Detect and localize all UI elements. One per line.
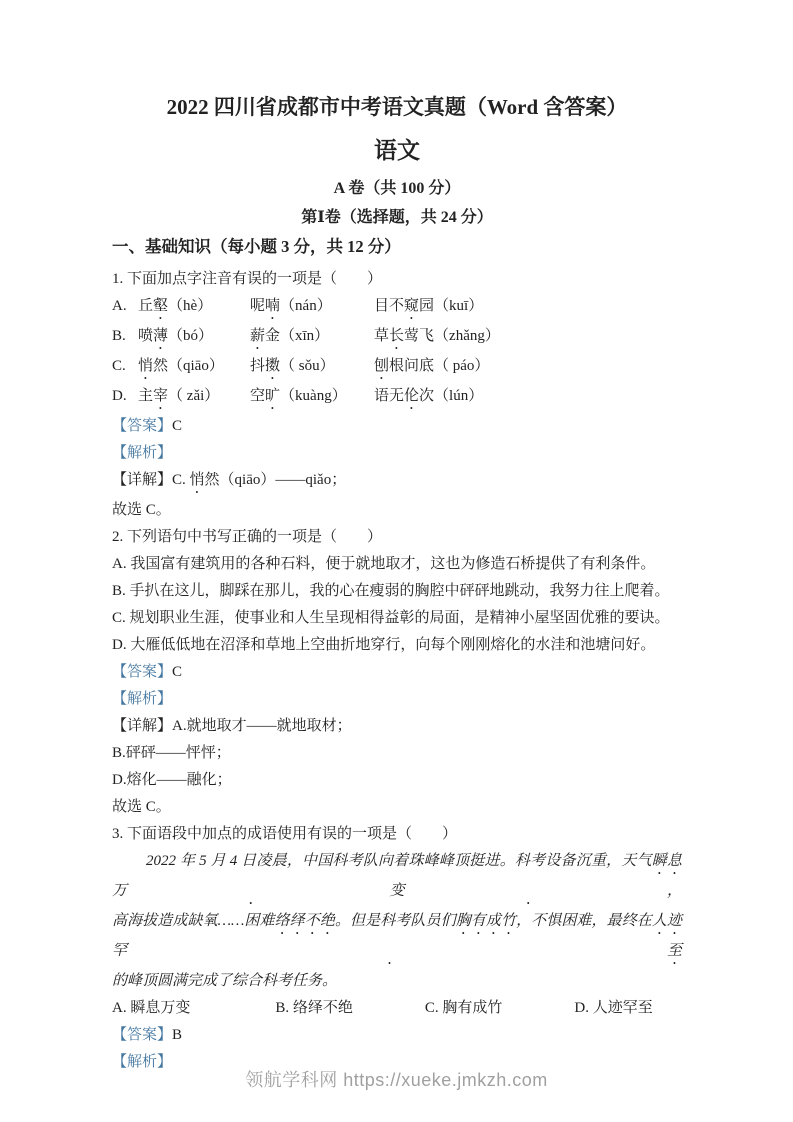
dotted-char: 窥 [404, 298, 419, 314]
answer-label: 【答案】 [112, 418, 172, 434]
analysis-label: 【解析】 [112, 691, 172, 707]
q2-option-b: B. 手扒在这儿，脚踩在那儿，我的心在瘦弱的胸腔中砰砰地跳动，我努力往上爬着。 [112, 578, 682, 605]
answer-value: B [172, 1027, 182, 1043]
passage-text: ， [667, 883, 682, 899]
answer-label: 【答案】 [112, 1027, 172, 1043]
dotted-idiom: 络绎不绝 [275, 913, 335, 929]
dotted-idiom: 胸有成竹 [456, 913, 516, 929]
q2-stem: 2. 下列语句中书写正确的一项是（ ） [112, 524, 682, 551]
detail-label: 【详解】 [112, 718, 172, 734]
q3-option-d: D. 人迹罕至 [574, 1000, 652, 1016]
word-group: 语无伦次（lún） [374, 383, 682, 413]
word-group: 草长莺飞（zhǎng） [374, 323, 682, 353]
q1-detail-line: 【详解】C. 悄然（qiāo）——qiǎo； [112, 467, 682, 497]
pinyin: （ zǎi） [168, 388, 219, 404]
passage-text: 高海拔造成缺氧……困难 [112, 913, 275, 929]
volume-i-heading: 第Ⅰ卷（选择题，共 24 分） [112, 203, 682, 232]
q1-option-a: A. 丘壑（hè） 呢喃（nán） 目不窥园（kuī） [112, 293, 682, 323]
option-label: B. [112, 323, 138, 353]
pinyin: （bó） [168, 328, 213, 344]
plain-char: 草 [374, 328, 389, 344]
detail-text: C. [172, 472, 190, 488]
q3-option-c: C. 胸有成竹 [425, 1000, 503, 1016]
option-label: D. [112, 383, 138, 413]
q2-analysis-line: 【解析】 [112, 686, 682, 713]
q3-options-row: A. 瞬息万变B. 络绎不绝C. 胸有成竹D. 人迹罕至 [112, 995, 682, 1022]
pinyin: （hè） [168, 298, 212, 314]
q1-conclusion: 故选 C。 [112, 497, 682, 524]
word-group: 主宰（ zǎi） [138, 383, 250, 413]
dotted-char: 喃 [265, 298, 280, 314]
q1-option-d: D. 主宰（ zǎi） 空旷（kuàng） 语无伦次（lún） [112, 383, 682, 413]
plain-char: 主 [138, 388, 153, 404]
subject-title: 语文 [112, 134, 682, 168]
q2-detail-line-d: D.熔化——融化； [112, 767, 682, 794]
dotted-char: 旷 [265, 388, 280, 404]
q2-option-c: C. 规划职业生涯，使事业和人生呈现相得益彰的局面，是精神小屋坚固优雅的要诀。 [112, 605, 682, 632]
pinyin: 金（xīn） [265, 328, 329, 344]
word-group: 悄然（qiāo） [138, 353, 250, 383]
q3-stem: 3. 下面语段中加点的成语使用有误的一项是（ ） [112, 821, 682, 848]
analysis-label: 【解析】 [112, 445, 172, 461]
plain-char: 丘 [138, 298, 153, 314]
q1-analysis-line: 【解析】 [112, 440, 682, 467]
q3-answer-line: 【答案】B [112, 1022, 682, 1049]
word-group: 丘壑（hè） [138, 293, 250, 323]
word-group: 薪金（xīn） [250, 323, 374, 353]
dotted-char: 薄 [153, 328, 168, 344]
pinyin: （ sǒu） [280, 358, 335, 374]
q3-passage-line-3: 的峰顶圆满完成了综合科考任务。 [112, 968, 682, 995]
volume-a-heading: A 卷（共 100 分） [112, 174, 682, 203]
word-group: 喷薄（bó） [138, 323, 250, 353]
dotted-char: 擞 [265, 358, 280, 374]
q1-option-b: B. 喷薄（bó） 薪金（xīn） 草长莺飞（zhǎng） [112, 323, 682, 353]
watermark: 领航学科网 https://xueke.jmkzh.com [0, 1066, 793, 1092]
plain-char: 语无 [374, 388, 404, 404]
plain-char: 呢 [250, 298, 265, 314]
detail-label: 【详解】 [112, 472, 172, 488]
passage-text: 。但是科考队员们 [335, 913, 456, 929]
dotted-char: 悄 [190, 472, 205, 488]
pinyin: 莺飞（zhǎng） [404, 328, 500, 344]
q2-detail-line-b: B.砰砰——怦怦； [112, 740, 682, 767]
q3-option-b: B. 络绎不绝 [275, 1000, 353, 1016]
section-1-heading: 一、基础知识（每小题 3 分，共 12 分） [112, 232, 682, 262]
word-group: 空旷（kuàng） [250, 383, 374, 413]
passage-text: ，不惧困难，最终在 [516, 913, 652, 929]
q1-option-c: C. 悄然（qiāo） 抖擞（ sǒu） 刨根问底（ páo） [112, 353, 682, 383]
plain-char: 空 [250, 388, 265, 404]
plain-char: 喷 [138, 328, 153, 344]
dotted-char: 悄 [138, 358, 153, 374]
pinyin: （kuàng） [280, 388, 347, 404]
answer-label: 【答案】 [112, 664, 172, 680]
pinyin: 然（qiāo） [153, 358, 224, 374]
dotted-char: 薪 [250, 328, 265, 344]
word-group: 抖擞（ sǒu） [250, 353, 374, 383]
pinyin: 根问底（ páo） [389, 358, 489, 374]
pinyin: 园（kuī） [419, 298, 483, 314]
plain-char: 目不 [374, 298, 404, 314]
word-group: 呢喃（nán） [250, 293, 374, 323]
q2-conclusion: 故选 C。 [112, 794, 682, 821]
option-label: A. [112, 293, 138, 323]
q2-detail-line-a: 【详解】A.就地取才——就地取材； [112, 713, 682, 740]
dotted-char: 长 [389, 328, 404, 344]
detail-text: 然（qiāo）——qiǎo； [205, 472, 347, 488]
plain-char: 抖 [250, 358, 265, 374]
pinyin: 次（lún） [419, 388, 483, 404]
q3-passage-line-2: 高海拔造成缺氧……困难络绎不绝。但是科考队员们胸有成竹，不惧困难，最终在人迹罕至 [112, 908, 682, 968]
answer-value: C [172, 418, 182, 434]
detail-text: A.就地取才——就地取材； [172, 718, 352, 734]
dotted-char: 伦 [404, 388, 419, 404]
pinyin: （nán） [280, 298, 332, 314]
word-group: 刨根问底（ páo） [374, 353, 682, 383]
q1-stem: 1. 下面加点字注音有误的一项是（ ） [112, 266, 682, 293]
dotted-char: 壑 [153, 298, 168, 314]
word-group: 目不窥园（kuī） [374, 293, 682, 323]
q3-passage-line-1: 2022 年 5 月 4 日凌晨，中国科考队向着珠峰峰顶挺进。科考设备沉重，天气… [112, 848, 682, 908]
q3-option-a: A. 瞬息万变 [112, 1000, 190, 1016]
q2-option-d: D. 大雁低低地在沼泽和草地上空曲折地穿行，向每个刚刚熔化的水洼和池塘问好。 [112, 632, 682, 659]
passage-text: 2022 年 5 月 4 日凌晨，中国科考队向着珠峰峰顶挺进。科考设备沉重，天气 [146, 853, 652, 869]
document-page: 2022 四川省成都市中考语文真题（Word 含答案） 语文 A 卷（共 100… [0, 0, 793, 1076]
page-title: 2022 四川省成都市中考语文真题（Word 含答案） [112, 92, 682, 122]
dotted-char: 宰 [153, 388, 168, 404]
answer-value: C [172, 664, 182, 680]
q2-answer-line: 【答案】C [112, 659, 682, 686]
q1-answer-line: 【答案】C [112, 413, 682, 440]
option-label: C. [112, 353, 138, 383]
q2-option-a: A. 我国富有建筑用的各种石料，便于就地取才，这也为修造石桥提供了有利条件。 [112, 551, 682, 578]
dotted-char: 刨 [374, 358, 389, 374]
